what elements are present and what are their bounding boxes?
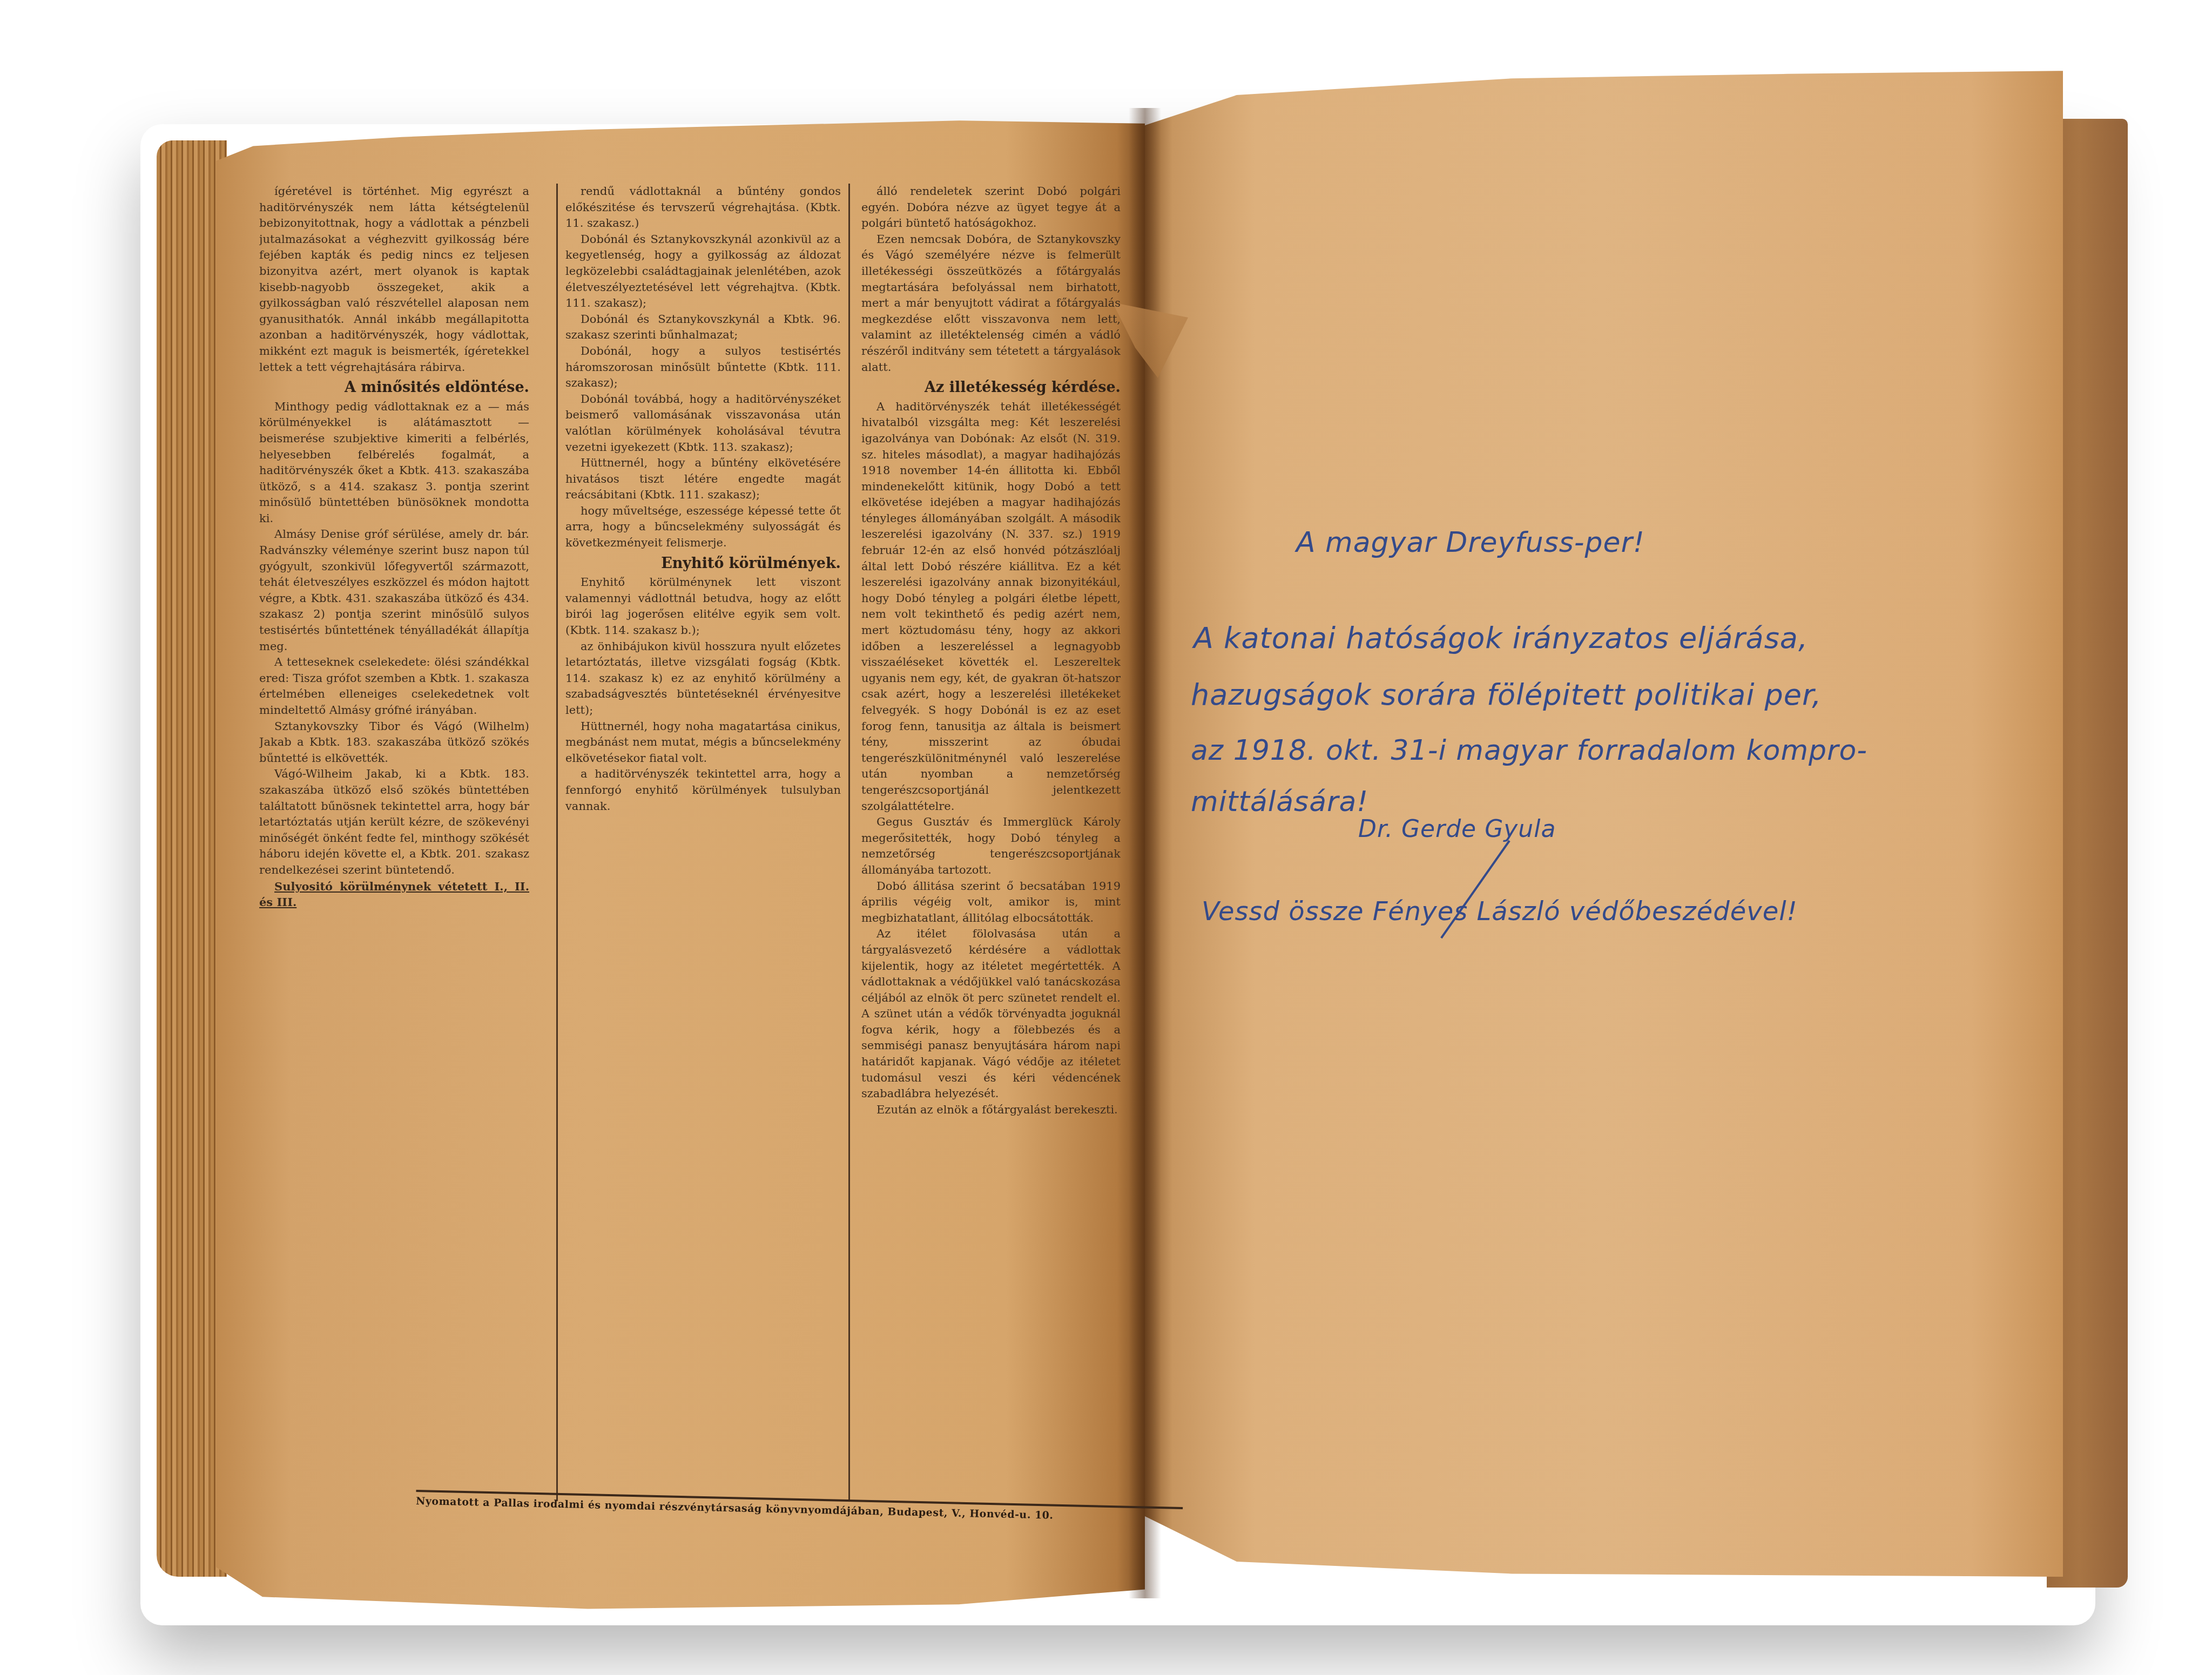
paragraph: ígéretével is történhet. Mig egyrészt a … [259, 184, 529, 375]
paragraph: Dobónál továbbá, hogy a haditörvényszéke… [565, 391, 841, 455]
paragraph: Dobónál és Sztanykovszkynál a Kbtk. 96. … [565, 312, 841, 343]
paragraph: Dobó állitása szerint ő becsatában 1919 … [861, 879, 1121, 927]
paragraph: Hüttnernél, hogy a bűntény elkövetésére … [565, 455, 841, 503]
paragraph: Sztanykovszky Tibor és Vágó (Wilhelm) Ja… [259, 719, 529, 767]
paragraph: Vágó-Wilheim Jakab, ki a Kbtk. 183. szak… [259, 766, 529, 878]
printed-column-1: ígéretével is történhet. Mig egyrészt a … [259, 184, 529, 1501]
paragraph: hogy műveltsége, eszessége képessé tette… [565, 503, 841, 551]
paragraph: Ezen nemcsak Dobóra, de Sztanykovszky és… [861, 232, 1121, 375]
paragraph: álló rendeletek szerint Dobó polgári egy… [861, 184, 1121, 232]
paragraph: Dobónál, hogy a sulyos testisértés három… [565, 343, 841, 391]
section-heading: Enyhitő körülmények. [565, 556, 841, 572]
printed-column-3: álló rendeletek szerint Dobó polgári egy… [861, 184, 1121, 1501]
inscription-title: A magyar Dreyfuss-per! [1296, 526, 1645, 559]
paragraph: Dobónál és Sztanykovszkynál azonkivül az… [565, 232, 841, 312]
paragraph: Hüttnernél, hogy noha magatartása ciniku… [565, 719, 841, 767]
section-heading: A minősités eldöntése. [259, 380, 529, 396]
printed-column-2: rendű vádlottaknál a bűntény gondos elők… [556, 184, 850, 1501]
paragraph: Sulyositó körülménynek vétetett I., II. … [259, 879, 529, 910]
paragraph: A tetteseknek cselekedete: ölési szándék… [259, 654, 529, 718]
paragraph: A haditörvényszék tehát illetékességét h… [861, 399, 1121, 814]
paragraph: Az itélet fölolvasása után a tárgyalásve… [861, 926, 1121, 1102]
inscription-line: A katonai hatóságok irányzatos eljárása, [1193, 621, 1808, 655]
paragraph: Minthogy pedig vádlottaknak ez a — más k… [259, 399, 529, 527]
section-heading: Az illetékesség kérdése. [861, 380, 1121, 396]
paragraph: Almásy Denise gróf sérülése, amely dr. b… [259, 526, 529, 654]
inscription-line: az 1918. okt. 31-i magyar forradalom kom… [1191, 734, 1867, 767]
inscription-note: Vessd össze Fényes László védőbeszédével… [1202, 896, 1798, 927]
paragraph: Gegus Gusztáv és Immerglück Károly meger… [861, 814, 1121, 878]
inscription-signature: Dr. Gerde Gyula [1358, 815, 1556, 843]
inscription-line: mittálására! [1191, 786, 1368, 818]
paragraph: az önhibájukon kivül hosszura nyult előz… [565, 639, 841, 719]
paragraph: a haditörvényszék tekintettel arra, hogy… [565, 766, 841, 814]
paragraph: Enyhitő körülménynek lett viszont valame… [565, 575, 841, 638]
right-page [1145, 65, 2063, 1577]
paragraph: rendű vádlottaknál a bűntény gondos elők… [565, 184, 841, 232]
paragraph: Ezután az elnök a főtárgyalást berekeszt… [861, 1102, 1121, 1118]
inscription-line: hazugságok sorára fölépitett politikai p… [1191, 678, 1822, 712]
